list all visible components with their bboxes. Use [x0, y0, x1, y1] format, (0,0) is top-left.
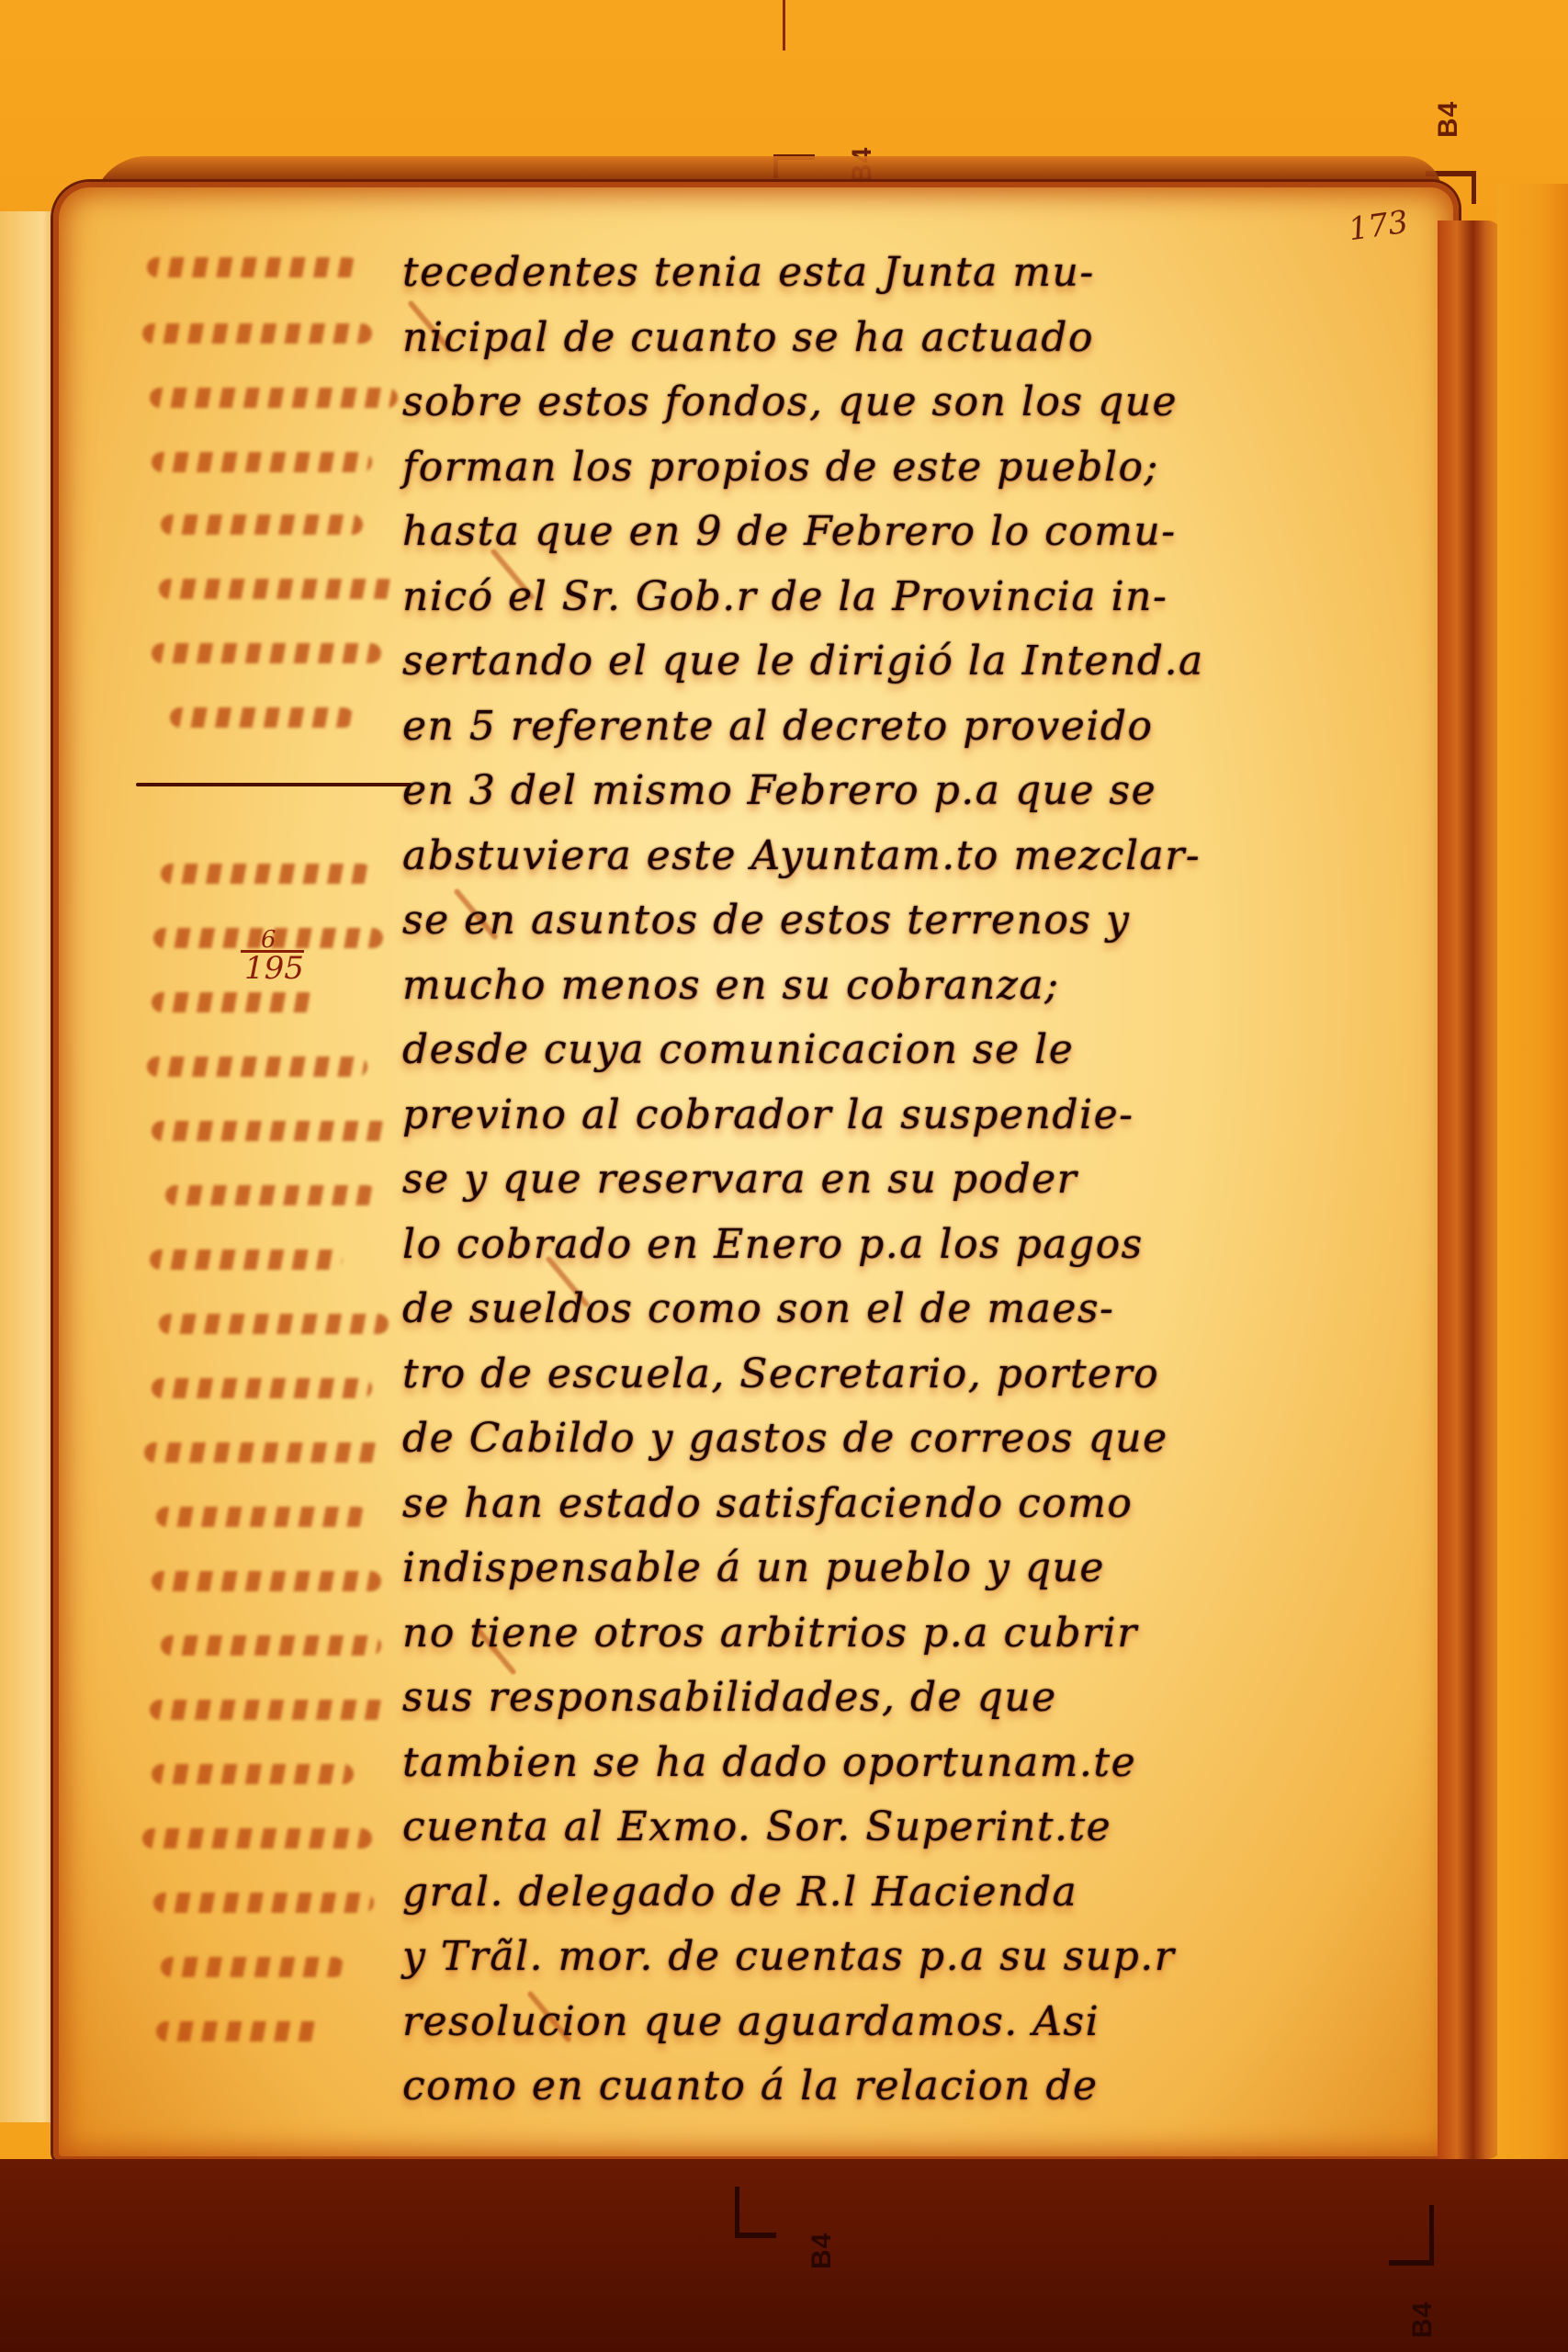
- text-line: tecedentes tenia esta Junta mu-: [402, 241, 1431, 306]
- text-line: hasta que en 9 de Febrero lo comu-: [402, 500, 1431, 565]
- text-line: se en asuntos de estos terrenos y: [402, 888, 1431, 954]
- guide-line: [783, 0, 785, 51]
- text-line: de Cabildo y gastos de correos que: [402, 1407, 1431, 1472]
- text-line: sus responsabilidades, de que: [402, 1666, 1431, 1731]
- margin-rule-line: [136, 783, 412, 786]
- text-line: nicipal de cuanto se ha actuado: [402, 306, 1431, 371]
- text-line: forman los propios de este pueblo;: [402, 435, 1431, 501]
- text-line: abstuviera este Ayuntam.to mezclar-: [402, 824, 1431, 889]
- text-line: sobre estos fondos, que son los que: [402, 370, 1431, 435]
- text-line: mucho menos en su cobranza;: [402, 954, 1431, 1019]
- text-line: sertando el que le dirigió la Intend.a: [402, 629, 1431, 695]
- text-line: no tiene otros arbitrios p.a cubrir: [402, 1601, 1431, 1667]
- text-line: indispensable á un pueblo y que: [402, 1536, 1431, 1601]
- text-line: como en cuanto á la relacion de: [402, 2054, 1431, 2120]
- margin-note: 6 195: [241, 930, 304, 984]
- text-line: cuenta al Exmo. Sor. Superint.te: [402, 1795, 1431, 1860]
- scanner-backdrop-right: [1497, 184, 1568, 2352]
- crop-marker-label: B4: [807, 2233, 838, 2269]
- page-stack-edge: [1438, 220, 1502, 2159]
- manuscript-body: tecedentes tenia esta Junta mu- nicipal …: [402, 241, 1431, 2120]
- text-line: tro de escuela, Secretario, portero: [402, 1342, 1431, 1408]
- text-line: y Trãl. mor. de cuentas p.a su sup.r: [402, 1925, 1431, 1990]
- text-line: resolucion que aguardamos. Asi: [402, 1990, 1431, 2055]
- text-line: previno al cobrador la suspendie-: [402, 1083, 1431, 1148]
- text-line: desde cuya comunicacion se le: [402, 1018, 1431, 1083]
- crop-marker-label: B4: [1433, 101, 1464, 138]
- crop-marker-bracket: [1389, 2205, 1434, 2266]
- text-line: de sueldos como son el de maes-: [402, 1277, 1431, 1342]
- text-line: se y que reservara en su poder: [402, 1148, 1431, 1213]
- margin-note-numerator: 6: [261, 930, 304, 950]
- text-line: tambien se ha dado oportunam.te: [402, 1731, 1431, 1796]
- text-line: en 3 del mismo Febrero p.a que se: [402, 759, 1431, 824]
- crop-marker-bracket: [735, 2187, 776, 2238]
- text-line: se han estado satisfaciendo como: [402, 1472, 1431, 1537]
- crop-marker-label: B4: [1407, 2301, 1438, 2338]
- scanner-backdrop-bottom: [0, 2159, 1568, 2352]
- margin-note-denominator: 195: [241, 950, 304, 984]
- text-line: nicó el Sr. Gob.r de la Provincia in-: [402, 565, 1431, 630]
- text-line: en 5 referente al decreto proveido: [402, 695, 1431, 760]
- text-line: lo cobrado en Enero p.a los pagos: [402, 1213, 1431, 1278]
- bleed-through-text: [124, 239, 418, 2131]
- text-line: gral. delegado de R.l Hacienda: [402, 1860, 1431, 1926]
